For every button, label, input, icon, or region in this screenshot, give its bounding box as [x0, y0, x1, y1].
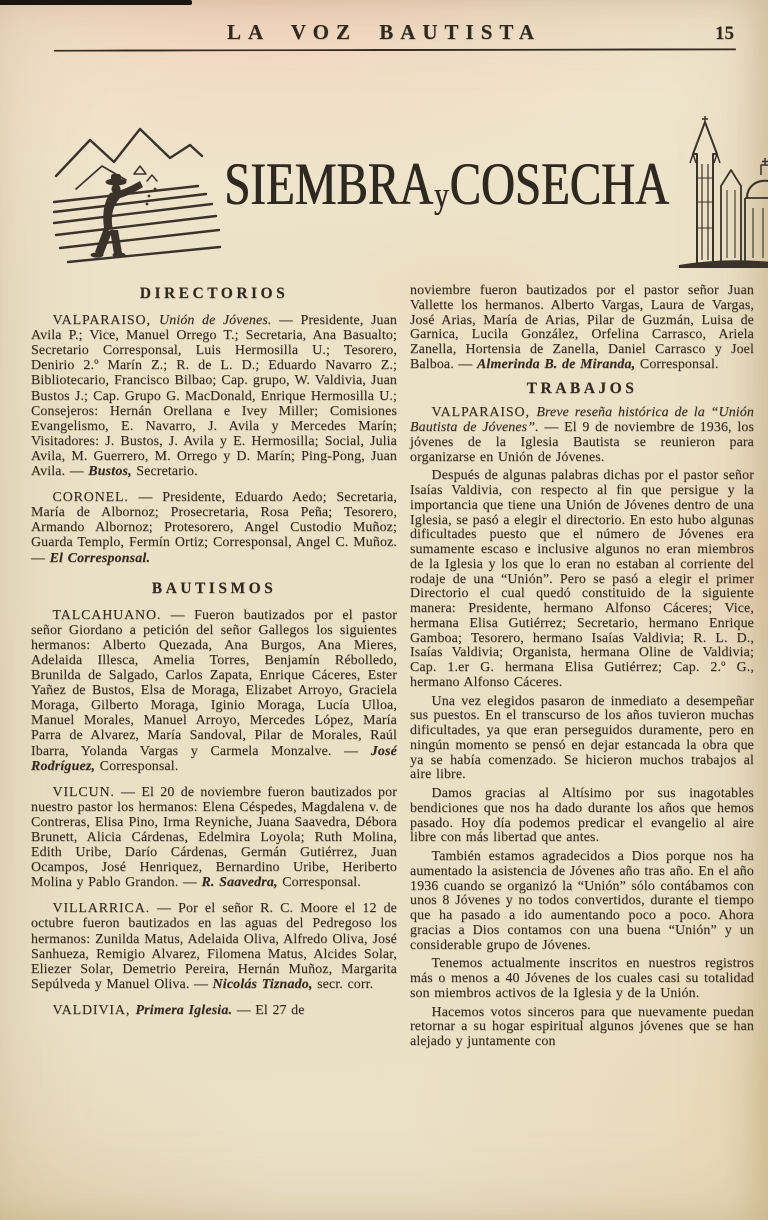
- signature: Almerinda B. de Miranda,: [477, 357, 635, 372]
- city-lead: VALPARAISO,: [432, 405, 537, 420]
- city-lead: CORONEL.: [53, 490, 129, 505]
- section-heading-trabajos: TRABAJOS: [410, 382, 754, 397]
- left-column: DIRECTORIOS VALPARAISO, Unión de Jóvenes…: [31, 284, 397, 1054]
- article-columns: DIRECTORIOS VALPARAISO, Unión de Jóvenes…: [31, 284, 754, 1054]
- text-run: — Presidente, Juan Avila P.; Vice, Manue…: [31, 313, 397, 479]
- paragraph-trabajo-valparaiso: VALPARAISO, Breve reseña histórica de la…: [410, 406, 754, 465]
- section-heading-bautismos: BAUTISMOS: [31, 581, 397, 596]
- scanned-magazine-page: LA VOZ BAUTISTA 15: [0, 0, 768, 1220]
- signature: El Corresponsal.: [50, 551, 151, 566]
- right-column: noviembre fueron bautizados por el pasto…: [410, 284, 754, 1054]
- city-lead: VILCUN.: [53, 785, 115, 800]
- city-lead: VILLARRICA.: [53, 901, 150, 916]
- text-run: Secretario.: [132, 464, 198, 479]
- signature: Bustos,: [88, 464, 131, 479]
- page-header: LA VOZ BAUTISTA: [0, 20, 768, 45]
- signature: Nicolás Tiznado,: [213, 977, 313, 992]
- text-run: Corresponsal.: [278, 875, 361, 890]
- paragraph-bautismo-vilcun: VILCUN. — El 20 de noviembre fueron baut…: [31, 785, 397, 891]
- paragraph-una-vez: Una vez elegidos pasaron de inmediato a …: [410, 695, 754, 784]
- city-lead: TALCAHUANO.: [53, 608, 162, 623]
- page-number: 15: [715, 23, 734, 45]
- paragraph-tambien: También estamos agradecidos a Dios porqu…: [410, 850, 754, 953]
- italic-run: Unión de Jóvenes.: [159, 313, 271, 328]
- masthead-connector-y: y: [434, 175, 449, 216]
- paragraph-directorio-valparaiso: VALPARAISO, Unión de Jóvenes. — Presiden…: [31, 313, 397, 479]
- text-run: Corresponsal.: [95, 759, 178, 774]
- city-lead: VALDIVIA,: [53, 1003, 136, 1018]
- paragraph-directorio-coronel: CORONEL. — Presidente, Eduardo Aedo; Sec…: [31, 490, 397, 565]
- paragraph-bautismo-valdivia-start: VALDIVIA, Primera Iglesia. — El 27 de: [31, 1003, 397, 1018]
- section-heading-directorios: DIRECTORIOS: [31, 286, 397, 301]
- paragraph-bautismo-talcahuano: TALCAHUANO. — Fueron bautizados por el p…: [31, 608, 397, 774]
- text-run: Corresponsal.: [635, 357, 718, 372]
- masthead-word-siembra: SIEMBRA: [224, 152, 433, 219]
- journal-title: LA VOZ BAUTISTA: [0, 20, 768, 45]
- paragraph-despues: Después de algunas palabras dichas por e…: [410, 469, 754, 690]
- city-lead: VALPARAISO,: [53, 313, 160, 328]
- paragraph-tenemos: Tenemos actualmente inscritos en nuestro…: [410, 957, 754, 1001]
- masthead-title: SIEMBRAyCOSECHA: [224, 150, 669, 219]
- header-rule: [54, 48, 736, 51]
- masthead: SIEMBRAyCOSECHA: [50, 112, 718, 272]
- paragraph-valdivia-continuation: noviembre fueron bautizados por el pasto…: [410, 284, 754, 373]
- cathedral-illustration: [669, 116, 768, 268]
- sower-illustration: [50, 116, 224, 268]
- masthead-word-cosecha: COSECHA: [449, 152, 668, 219]
- paragraph-damos-gracias: Damos gracias al Altísimo por sus inagot…: [410, 787, 754, 846]
- text-run: — El 27 de: [232, 1003, 304, 1018]
- text-run: — Fueron bautizados por el pastor señor …: [31, 608, 397, 759]
- italic-run: Primera Iglesia.: [135, 1003, 232, 1018]
- paragraph-hacemos: Hacemos votos sinceros para que nuevamen…: [410, 1006, 754, 1050]
- signature: R. Saavedra,: [201, 875, 277, 890]
- scan-edge-artifact: [0, 0, 192, 5]
- text-run: secr. corr.: [313, 977, 374, 992]
- paragraph-bautismo-villarrica: VILLARRICA. — Por el señor R. C. Moore e…: [31, 901, 397, 992]
